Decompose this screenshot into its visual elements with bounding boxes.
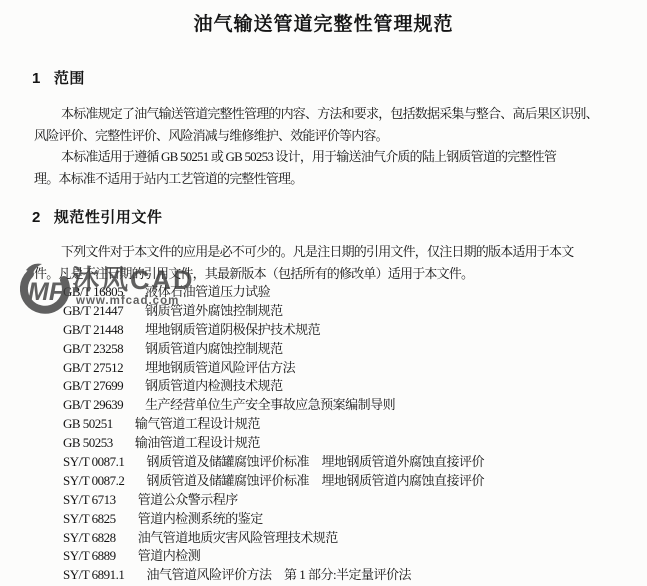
reference-code: SY/T 6889 (63, 547, 116, 566)
reference-row: GB/T 27512埋地钢质管道风险评估方法 (63, 359, 633, 378)
reference-code: GB/T 29639 (63, 396, 123, 415)
reference-row: SY/T 6889管道内检测 (63, 547, 633, 566)
reference-row: SY/T 6828油气管道地质灾害风险管理技术规范 (63, 529, 633, 548)
reference-code: GB/T 21447 (63, 302, 123, 321)
paragraph-line: 本标准适用于遵循 GB 50251 或 GB 50253 设计，用于输送油气介质… (34, 146, 640, 168)
reference-code: SY/T 6828 (63, 529, 116, 548)
reference-title: 液体石油管道压力试验 (145, 284, 270, 299)
reference-code: SY/T 6825 (63, 510, 116, 529)
reference-title: 输气管道工程设计规范 (135, 416, 260, 431)
reference-row: SY/T 6713管道公众警示程序 (63, 491, 633, 510)
reference-code: GB/T 27699 (63, 377, 123, 396)
reference-row: GB/T 23258钢质管道内腐蚀控制规范 (63, 340, 633, 359)
reference-title: 钢质管道内检测技术规范 (145, 378, 283, 393)
reference-code: GB/T 23258 (63, 340, 123, 359)
reference-code: SY/T 0087.1 (63, 453, 124, 472)
reference-row: GB/T 21448埋地钢质管道阴极保护技术规范 (63, 321, 633, 340)
reference-row: GB/T 21447钢质管道外腐蚀控制规范 (63, 302, 633, 321)
paragraph-line: 下列文件对于本文件的应用是必不可少的。凡是注日期的引用文件，仅注日期的版本适用于… (34, 241, 640, 263)
section-1-heading: 1范围 (32, 67, 85, 88)
reference-title: 管道内检测 (138, 548, 201, 563)
reference-title: 生产经营单位生产安全事故应急预案编制导则 (145, 397, 395, 412)
paragraph-line: 本标准规定了油气输送管道完整性管理的内容、方法和要求，包括数据采集与整合、高后果… (34, 103, 640, 125)
reference-code: GB/T 21448 (63, 321, 123, 340)
reference-code: GB 50251 (63, 415, 113, 434)
reference-code: SY/T 6713 (63, 491, 116, 510)
section-2-number: 2 (32, 209, 41, 226)
reference-title: 油气管道地质灾害风险管理技术规范 (138, 530, 338, 545)
paragraph-line: 风险评价、完整性评价、风险消减与维修维护、效能评价等内容。 (34, 125, 640, 147)
paragraph-line: 件。凡是不注日期的引用文件，其最新版本（包括所有的修改单）适用于本文件。 (34, 263, 640, 285)
reference-row: GB/T 16805液体石油管道压力试验 (63, 283, 633, 302)
reference-title: 钢质管道及储罐腐蚀评价标准 埋地钢质管道外腐蚀直接评价 (146, 454, 484, 469)
reference-title: 钢质管道及储罐腐蚀评价标准 埋地钢质管道内腐蚀直接评价 (146, 473, 484, 488)
reference-title: 油气管道风险评价方法 第 1 部分:半定量评价法 (146, 567, 411, 582)
reference-row: GB 50253输油管道工程设计规范 (63, 434, 633, 453)
reference-row: GB/T 29639生产经营单位生产安全事故应急预案编制导则 (63, 396, 633, 415)
reference-title: 埋地钢质管道风险评估方法 (145, 360, 295, 375)
reference-row: SY/T 0087.1钢质管道及储罐腐蚀评价标准 埋地钢质管道外腐蚀直接评价 (63, 453, 633, 472)
section-2-heading: 2规范性引用文件 (32, 206, 162, 227)
document-title: 油气输送管道完整性管理规范 (0, 9, 647, 36)
reference-title: 钢质管道内腐蚀控制规范 (145, 341, 283, 356)
reference-code: GB/T 16805 (63, 283, 123, 302)
reference-title: 埋地钢质管道阴极保护技术规范 (145, 322, 320, 337)
section-1-number: 1 (32, 70, 41, 87)
reference-code: SY/T 0087.2 (63, 472, 124, 491)
reference-list: GB/T 16805液体石油管道压力试验 GB/T 21447钢质管道外腐蚀控制… (63, 283, 633, 585)
section-2-body: 下列文件对于本文件的应用是必不可少的。凡是注日期的引用文件，仅注日期的版本适用于… (34, 241, 640, 284)
reference-title: 管道公众警示程序 (138, 492, 238, 507)
reference-title: 输油管道工程设计规范 (135, 435, 260, 450)
section-1-label: 范围 (54, 70, 85, 87)
reference-row: SY/T 6825管道内检测系统的鉴定 (63, 510, 633, 529)
reference-code: GB/T 27512 (63, 359, 123, 378)
reference-title: 钢质管道外腐蚀控制规范 (145, 303, 283, 318)
reference-row: GB/T 27699钢质管道内检测技术规范 (63, 377, 633, 396)
section-1-body: 本标准规定了油气输送管道完整性管理的内容、方法和要求，包括数据采集与整合、高后果… (34, 103, 640, 189)
reference-row: GB 50251输气管道工程设计规范 (63, 415, 633, 434)
reference-code: SY/T 6891.1 (63, 566, 124, 585)
reference-row: SY/T 0087.2钢质管道及储罐腐蚀评价标准 埋地钢质管道内腐蚀直接评价 (63, 472, 633, 491)
section-2-label: 规范性引用文件 (54, 209, 163, 226)
reference-title: 管道内检测系统的鉴定 (138, 511, 263, 526)
reference-row: SY/T 6891.1油气管道风险评价方法 第 1 部分:半定量评价法 (63, 566, 633, 585)
paragraph-line: 理。本标准不适用于站内工艺管道的完整性管理。 (34, 168, 640, 190)
reference-code: GB 50253 (63, 434, 113, 453)
document-page: 油气输送管道完整性管理规范 1范围 本标准规定了油气输送管道完整性管理的内容、方… (0, 0, 647, 586)
